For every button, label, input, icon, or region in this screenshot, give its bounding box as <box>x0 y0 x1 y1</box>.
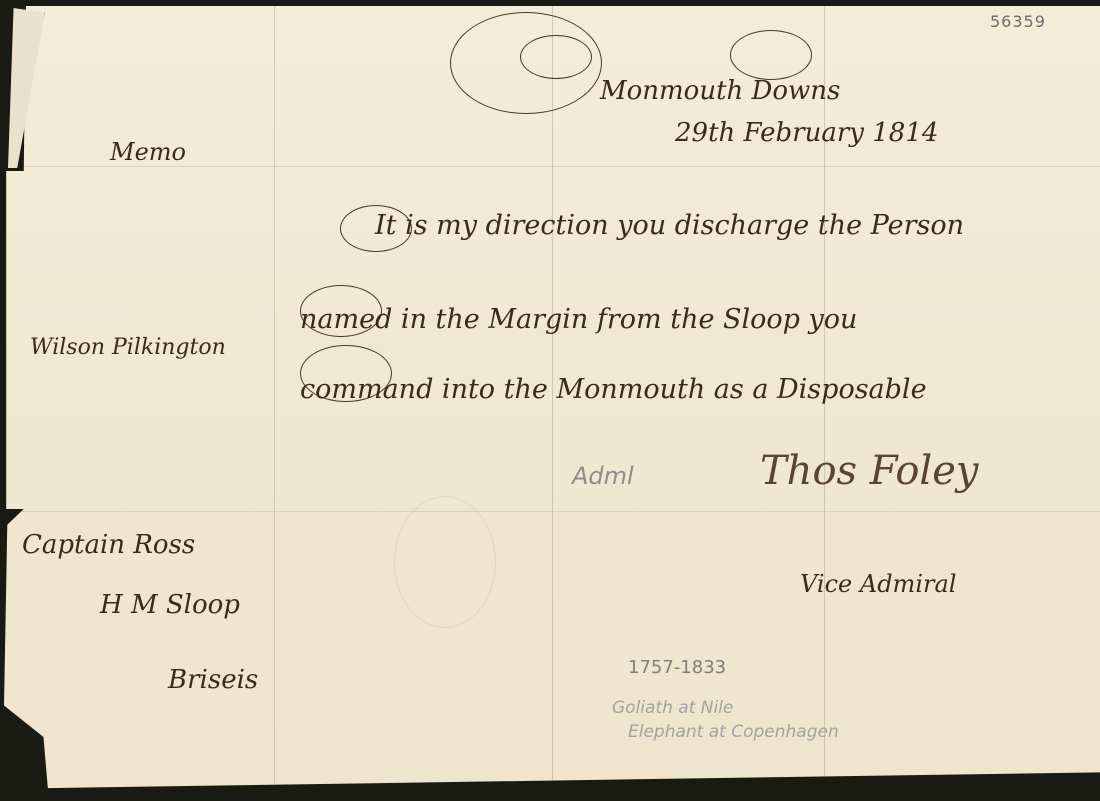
fold-line <box>274 6 275 792</box>
body-line-2: named in the Margin from the Sloop you <box>300 304 857 335</box>
watermark <box>394 496 496 628</box>
fold-line <box>4 166 1100 167</box>
body-line-3: command into the Monmouth as a Disposabl… <box>300 374 927 405</box>
addressee-line-3: Briseis <box>168 665 258 695</box>
body-line-1: It is my direction you discharge the Per… <box>375 210 964 241</box>
addressee-line-1: Captain Ross <box>22 530 195 560</box>
flourish-loop <box>730 30 812 80</box>
signature: Thos Foley <box>760 448 978 494</box>
flourish-loop <box>520 35 592 79</box>
salutation: Memo <box>110 138 186 166</box>
pencil-adml: Adml <box>572 462 634 490</box>
catalog-number: 56359 <box>990 12 1046 31</box>
margin-name: Wilson Pilkington <box>30 335 226 360</box>
heading-place: Monmouth Downs <box>600 76 840 106</box>
signature-title: Vice Admiral <box>800 570 956 598</box>
addressee-line-2: H M Sloop <box>100 590 240 620</box>
pencil-note-2: Elephant at Copenhagen <box>628 722 839 742</box>
fold-line <box>4 511 1100 512</box>
heading-date: 29th February 1814 <box>675 118 938 148</box>
pencil-note-1: Goliath at Nile <box>612 698 733 718</box>
pencil-dates: 1757-1833 <box>628 657 726 678</box>
